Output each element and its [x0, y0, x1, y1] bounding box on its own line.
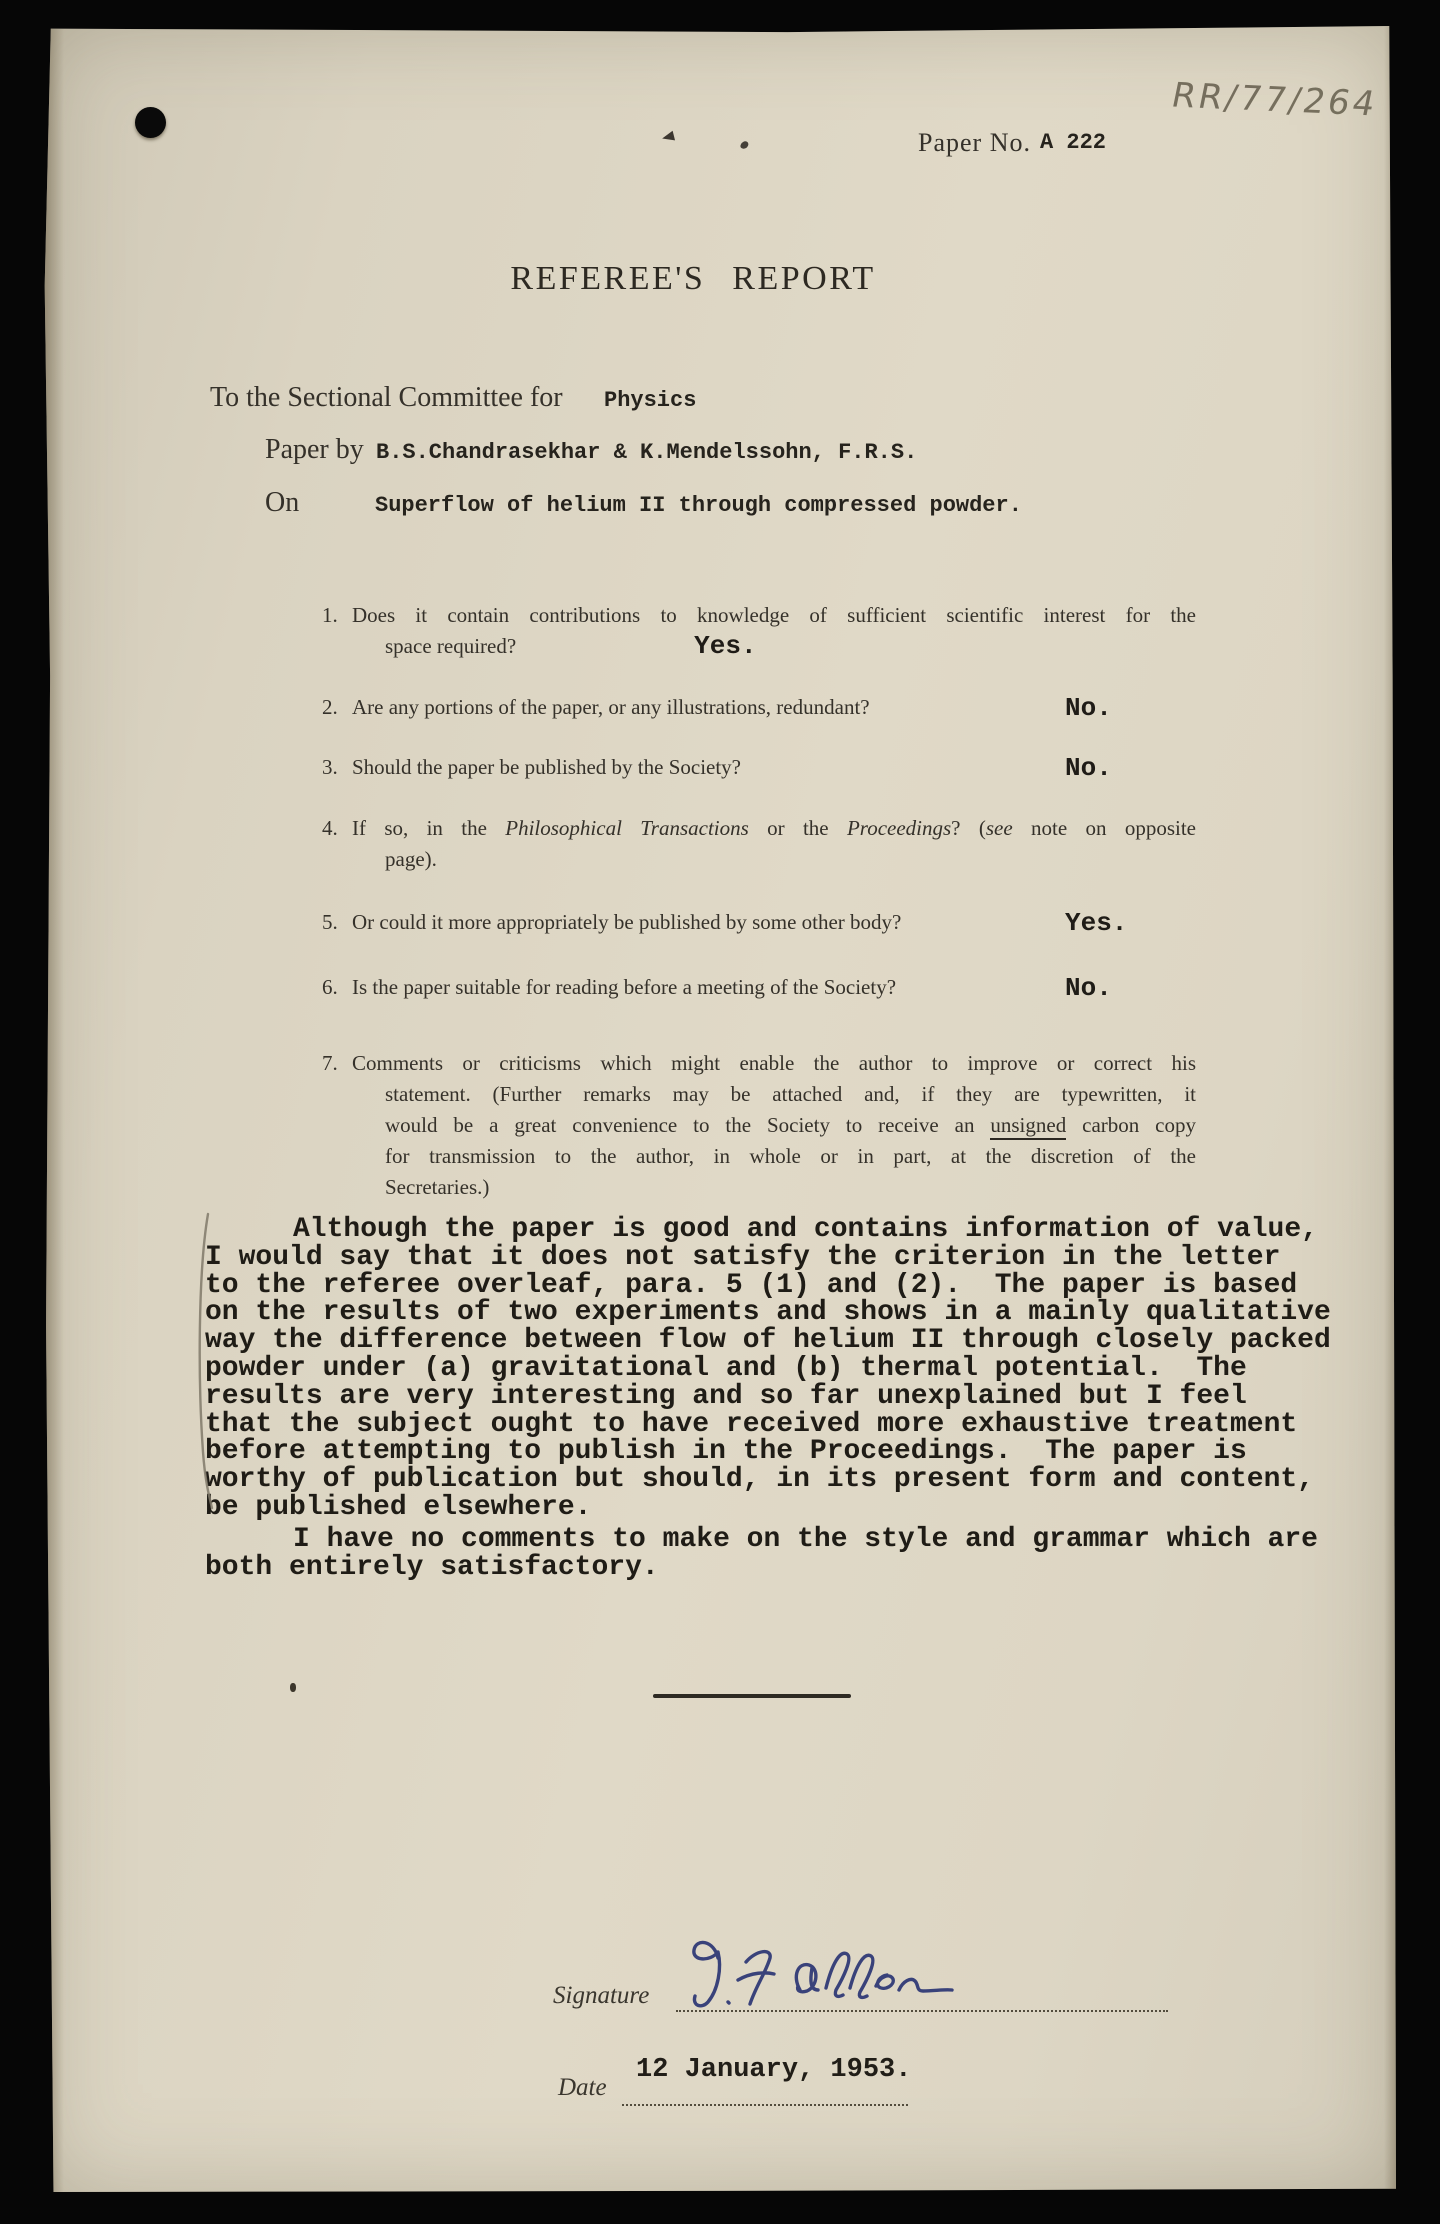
question-text: If so, in the Philosophical Transactions…: [352, 813, 1196, 875]
question-row: 5.Or could it more appropriately be publ…: [322, 907, 1196, 938]
paper-edge-shadow: [1384, 26, 1396, 2192]
comment-line: I would say that it does not satisfy the…: [205, 1244, 1331, 1272]
torn-paper-edge: [44, 26, 64, 2192]
closing-rule: [653, 1694, 851, 1698]
date-label: Date: [558, 2074, 607, 2102]
typed-answer: Yes.: [1065, 908, 1127, 939]
typed-answer: No.: [1065, 693, 1112, 724]
comment-line: results are very interesting and so far …: [205, 1383, 1331, 1411]
question-number: 2.: [322, 692, 338, 723]
committee-value: Physics: [604, 388, 696, 413]
hole-punch: [135, 107, 166, 138]
question-number: 4.: [322, 813, 338, 844]
paper-no-label: Paper No.: [918, 128, 1031, 158]
question-number: 7.: [322, 1048, 338, 1079]
comment-line: way the difference between flow of heliu…: [205, 1327, 1331, 1355]
comment-line: be published elsewhere.: [205, 1494, 1331, 1522]
question-row: 1.Does it contain contributions to knowl…: [322, 600, 1196, 662]
signature-handwriting: [666, 1928, 956, 2018]
comment-line: to the referee overleaf, para. 5 (1) and…: [205, 1272, 1331, 1300]
referee-comments-paragraph-1: Although the paper is good and contains …: [205, 1216, 1331, 1522]
paper-authors-value: B.S.Chandrasekhar & K.Mendelssohn, F.R.S…: [376, 440, 917, 465]
comment-line: both entirely satisfactory.: [205, 1554, 1318, 1582]
question-number: 1.: [322, 600, 338, 631]
typed-answer: Yes.: [694, 631, 756, 661]
question-row: 2.Are any portions of the paper, or any …: [322, 692, 1196, 723]
date-value: 12 January, 1953.: [636, 2055, 911, 2085]
committee-label: To the Sectional Committee for: [210, 382, 563, 414]
question-row: 6.Is the paper suitable for reading befo…: [322, 972, 1196, 1003]
comment-line: that the subject ought to have received …: [205, 1411, 1331, 1439]
archive-reference-handwriting: RR/77/264: [1168, 76, 1381, 125]
comment-line: on the results of two experiments and sh…: [205, 1299, 1331, 1327]
referee-comments-paragraph-2: I have no comments to make on the style …: [205, 1526, 1318, 1582]
question-text: Does it contain contributions to knowled…: [352, 600, 1196, 662]
question-row: 3.Should the paper be published by the S…: [322, 752, 1196, 783]
ink-speck: [290, 1683, 296, 1692]
photo-stage: RR/77/264 Paper No. A 222 REFEREE'S REPO…: [0, 0, 1440, 2224]
ink-mark: [740, 140, 750, 150]
comment-line: powder under (a) gravitational and (b) t…: [205, 1355, 1331, 1383]
document-title: REFEREE'S REPORT: [44, 260, 1342, 298]
subject-label: On: [265, 487, 299, 519]
comment-line: Although the paper is good and contains …: [205, 1216, 1331, 1244]
ink-mark: [661, 131, 675, 144]
comment-line: before attempting to publish in the Proc…: [205, 1438, 1331, 1466]
comment-line: I have no comments to make on the style …: [205, 1526, 1318, 1554]
question-number: 5.: [322, 907, 338, 938]
paper-by-label: Paper by: [265, 434, 364, 466]
comment-line: worthy of publication but should, in its…: [205, 1466, 1331, 1494]
question-number: 3.: [322, 752, 338, 783]
question-text: Comments or criticisms which might enabl…: [352, 1048, 1196, 1203]
typed-answer: No.: [1065, 973, 1112, 1004]
subject-value: Superflow of helium II through compresse…: [375, 493, 1022, 518]
question-row: 7.Comments or criticisms which might ena…: [322, 1048, 1196, 1203]
date-dotted-line: [622, 2084, 908, 2106]
report-sheet: RR/77/264 Paper No. A 222 REFEREE'S REPO…: [44, 26, 1396, 2192]
pencil-margin-line: [194, 1212, 218, 1512]
question-row: 4.If so, in the Philosophical Transactio…: [322, 813, 1196, 875]
paper-no-value: A 222: [1040, 130, 1106, 155]
question-number: 6.: [322, 972, 338, 1003]
typed-answer: No.: [1065, 753, 1112, 784]
signature-label: Signature: [553, 1982, 649, 2010]
